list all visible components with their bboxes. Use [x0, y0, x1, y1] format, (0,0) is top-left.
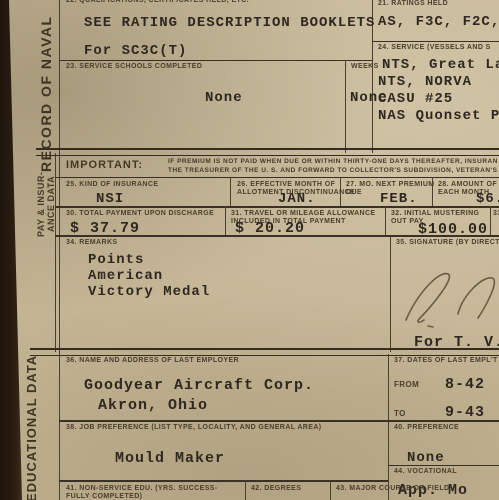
job-preference-value: Mould Maker [115, 450, 225, 467]
employment-dates-label: 37. DATES OF LAST EMPL'T [394, 357, 498, 364]
cell-divider [225, 206, 226, 235]
last-employer-label: 36. NAME AND ADDRESS OF LAST EMPLOYER [66, 357, 239, 364]
remarks-label: 34. REMARKS [66, 239, 117, 246]
important-word: IMPORTANT: [66, 159, 143, 171]
major-course-label: 43. MAJOR COURSE OR FIELD [336, 485, 449, 492]
qualifications-line1: SEE RATING DESCRIPTION BOOKLETS [84, 15, 375, 31]
preference-label: 40. PREFERENCE [394, 424, 459, 431]
from-label: FROM [394, 380, 419, 389]
last-employer-line1: Goodyear Aircraft Corp. [84, 377, 314, 394]
edu-row2-rule [59, 480, 388, 482]
payment-row-rule [55, 235, 499, 237]
section-rule-top [36, 148, 499, 156]
effective-month-label: 26. EFFECTIVE MONTH OF [237, 181, 335, 188]
ratings-held-value: AS, F3C, F2C, [378, 14, 499, 30]
qualifications-underline [59, 60, 372, 61]
to-label: TO [394, 409, 406, 418]
total-payment-label: 30. TOTAL PAYMENT UPON DISCHARGE [66, 210, 214, 217]
mustering-out-label: 32. INITIAL MUSTERING [391, 210, 479, 217]
ratings-underline [372, 41, 499, 42]
document-photo: RECORD OF NAVAL PAY & INSUR- ANCE DATA E… [0, 0, 499, 500]
remarks-line: Victory Medal [88, 284, 210, 300]
degrees-label: 42. DEGREES [251, 485, 301, 492]
signature-label: 35. SIGNATURE (BY DIRECTI [396, 239, 499, 246]
cell-divider [330, 480, 331, 500]
travel-allowance-label: 31. TRAVEL OR MILEAGE ALLOWANCE [231, 210, 376, 217]
inner-margin-rule-2 [55, 153, 56, 352]
effective-month-value: JAN. [278, 191, 316, 207]
cell-divider [230, 177, 231, 206]
service-schools-label: 23. SERVICE SCHOOLS COMPLETED [66, 63, 202, 70]
premium-amount-value: $6. [476, 191, 499, 207]
service-vessels-line: CASU #25 [378, 91, 453, 107]
section-rule-bottom [30, 348, 499, 356]
kind-of-insurance-label: 25. KIND OF INSURANCE [66, 181, 158, 188]
non-service-edu-label2: FULLY COMPLETED) [66, 493, 142, 500]
ratings-held-label: 21. RATINGS HELD [378, 0, 448, 7]
qualifications-line2: For SC3C(T) [84, 43, 187, 59]
service-vessels-label: 24. SERVICE (VESSELS AND S [378, 44, 491, 51]
from-value: 8-42 [445, 376, 485, 393]
handwritten-signature [398, 262, 499, 332]
cut-cell-label: 33. [493, 210, 499, 217]
non-service-edu-label: 41. NON-SERVICE EDU. (YRS. SUCCESS- [66, 485, 218, 492]
preference-value: None [407, 450, 445, 466]
remarks-signature-divider [390, 237, 391, 352]
remarks-line: Points [88, 252, 144, 268]
preference-rule [388, 465, 499, 466]
service-schools-value: None [205, 90, 243, 106]
important-line1: IF PREMIUM IS NOT PAID WHEN DUE OR WITHI… [168, 158, 498, 165]
edu-row1-rule [59, 420, 499, 422]
inner-margin-rule [59, 0, 60, 500]
kind-of-insurance-value: NSI [96, 191, 124, 207]
service-vessels-line: NTS, Great La [382, 57, 499, 73]
weeks-label: WEEKS [351, 63, 379, 70]
service-vessels-line: NTS, NORVA [378, 74, 472, 90]
important-line2: THE TREASURER OF THE U. S. AND FORWARD T… [168, 167, 499, 174]
next-premium-value: FEB. [380, 191, 418, 207]
weeks-column-divider [345, 60, 346, 153]
insurance-row-rule [55, 206, 499, 208]
qualifications-label: 22. QUALIFICATIONS, CERTIFICATES HELD, E… [66, 0, 249, 4]
next-premium-label: 27. MO. NEXT PREMIUM [346, 181, 435, 188]
cell-divider [245, 480, 246, 500]
margin-label-pay1: PAY & INSUR- [36, 172, 46, 237]
remarks-line: American [88, 268, 163, 284]
edu-main-divider [388, 354, 389, 500]
service-vessels-line: NAS Quonset P [378, 108, 499, 124]
to-value: 9-43 [445, 404, 485, 421]
last-employer-line2: Akron, Ohio [98, 397, 208, 414]
premium-amount-label: 28. AMOUNT OF PREM [438, 181, 499, 188]
job-preference-label: 38. JOB PREFERENCE (LIST TYPE, LOCALITY,… [66, 424, 322, 431]
margin-label-educational: EDUCATIONAL DATA [24, 355, 39, 500]
next-premium-label2: DUE [346, 189, 362, 196]
vocational-label: 44. VOCATIONAL [394, 468, 457, 475]
cell-divider [490, 206, 491, 235]
cell-divider [385, 206, 386, 235]
